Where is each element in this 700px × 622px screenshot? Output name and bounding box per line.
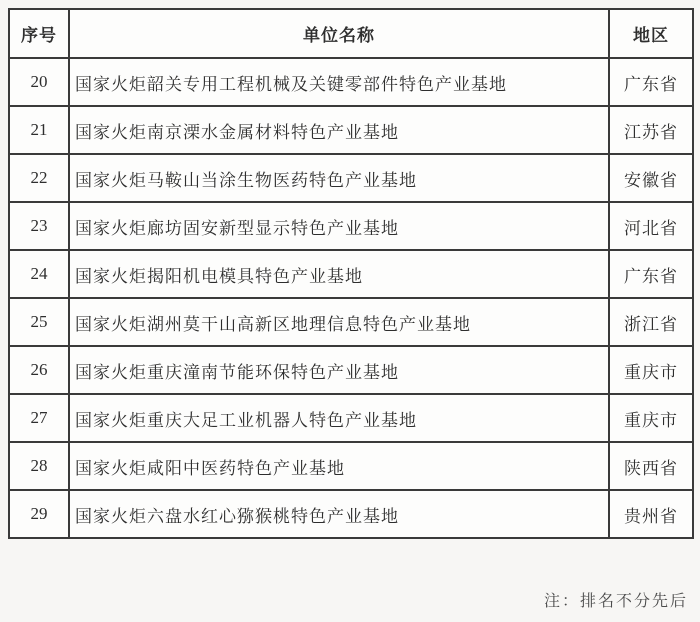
table-row: 27 国家火炬重庆大足工业机器人特色产业基地 重庆市	[9, 394, 693, 442]
table-row: 21 国家火炬南京溧水金属材料特色产业基地 江苏省	[9, 106, 693, 154]
cell-region: 重庆市	[609, 346, 693, 394]
cell-unit-name: 国家火炬湖州莫干山高新区地理信息特色产业基地	[69, 298, 609, 346]
cell-region: 广东省	[609, 58, 693, 106]
header-unit-name: 单位名称	[69, 9, 609, 58]
cell-serial-number: 21	[9, 106, 69, 154]
cell-serial-number: 25	[9, 298, 69, 346]
cell-unit-name: 国家火炬南京溧水金属材料特色产业基地	[69, 106, 609, 154]
cell-unit-name: 国家火炬咸阳中医药特色产业基地	[69, 442, 609, 490]
cell-unit-name: 国家火炬马鞍山当涂生物医药特色产业基地	[69, 154, 609, 202]
cell-serial-number: 22	[9, 154, 69, 202]
cell-region: 重庆市	[609, 394, 693, 442]
cell-region: 河北省	[609, 202, 693, 250]
cell-unit-name: 国家火炬揭阳机电模具特色产业基地	[69, 250, 609, 298]
cell-serial-number: 28	[9, 442, 69, 490]
table-body: 20 国家火炬韶关专用工程机械及关键零部件特色产业基地 广东省 21 国家火炬南…	[9, 58, 693, 538]
cell-region: 陕西省	[609, 442, 693, 490]
table-row: 23 国家火炬廊坊固安新型显示特色产业基地 河北省	[9, 202, 693, 250]
header-row: 序号 单位名称 地区	[9, 9, 693, 58]
cell-unit-name: 国家火炬廊坊固安新型显示特色产业基地	[69, 202, 609, 250]
table-row: 25 国家火炬湖州莫干山高新区地理信息特色产业基地 浙江省	[9, 298, 693, 346]
table-row: 22 国家火炬马鞍山当涂生物医药特色产业基地 安徽省	[9, 154, 693, 202]
cell-serial-number: 20	[9, 58, 69, 106]
industry-base-table: 序号 单位名称 地区 20 国家火炬韶关专用工程机械及关键零部件特色产业基地 广…	[8, 8, 694, 539]
table-row: 26 国家火炬重庆潼南节能环保特色产业基地 重庆市	[9, 346, 693, 394]
cell-unit-name: 国家火炬重庆潼南节能环保特色产业基地	[69, 346, 609, 394]
cell-region: 安徽省	[609, 154, 693, 202]
table-header: 序号 单位名称 地区	[9, 9, 693, 58]
cell-serial-number: 24	[9, 250, 69, 298]
cell-region: 浙江省	[609, 298, 693, 346]
cell-serial-number: 26	[9, 346, 69, 394]
cell-serial-number: 27	[9, 394, 69, 442]
footer-note: 注：排名不分先后	[544, 588, 688, 611]
table-row: 28 国家火炬咸阳中医药特色产业基地 陕西省	[9, 442, 693, 490]
cell-region: 江苏省	[609, 106, 693, 154]
cell-unit-name: 国家火炬韶关专用工程机械及关键零部件特色产业基地	[69, 58, 609, 106]
cell-unit-name: 国家火炬重庆大足工业机器人特色产业基地	[69, 394, 609, 442]
header-serial-number: 序号	[9, 9, 69, 58]
cell-region: 贵州省	[609, 490, 693, 538]
cell-serial-number: 23	[9, 202, 69, 250]
table-row: 29 国家火炬六盘水红心猕猴桃特色产业基地 贵州省	[9, 490, 693, 538]
cell-region: 广东省	[609, 250, 693, 298]
cell-unit-name: 国家火炬六盘水红心猕猴桃特色产业基地	[69, 490, 609, 538]
table-row: 24 国家火炬揭阳机电模具特色产业基地 广东省	[9, 250, 693, 298]
table-row: 20 国家火炬韶关专用工程机械及关键零部件特色产业基地 广东省	[9, 58, 693, 106]
header-region: 地区	[609, 9, 693, 58]
cell-serial-number: 29	[9, 490, 69, 538]
